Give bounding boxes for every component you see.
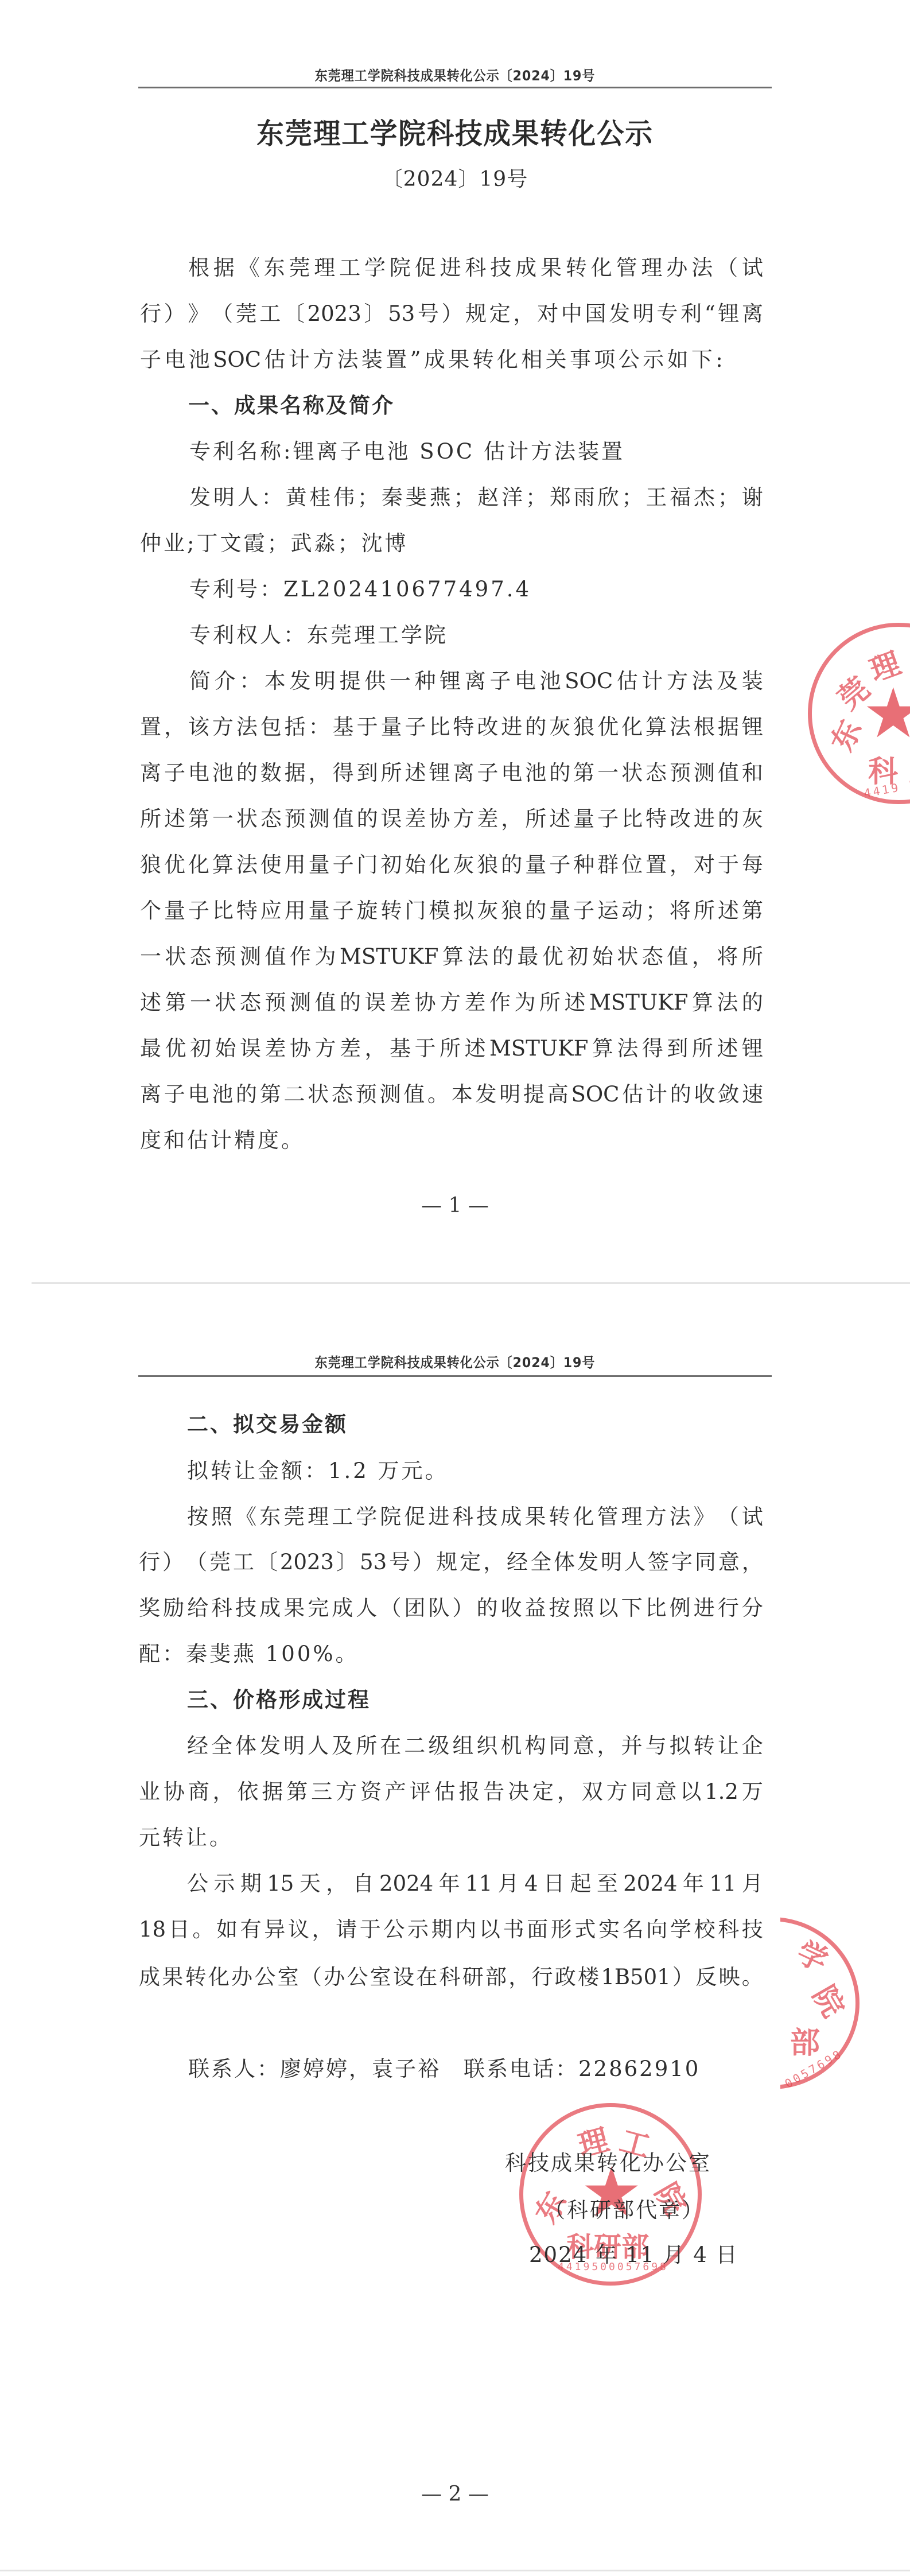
notice-line: 公示期15天，自2024年11月4日起至2024年11月	[187, 1869, 763, 1898]
section-heading-2: 二、拟交易金额	[187, 1410, 348, 1439]
patent-number: 专利号：ZL202410677497.4	[189, 575, 531, 604]
summary-line: 置，该方法包括：基于量子比特改进的灰狼优化算法根据锂	[140, 713, 763, 742]
intro-line: 子电池SOC估计方法装置”成果转化相关事项公示如下:	[140, 346, 723, 374]
header-rule	[138, 1375, 772, 1377]
contact-info: 联系人：廖婷婷，袁子裕 联系电话：22862910	[188, 2055, 700, 2084]
page-number: — 1 —	[0, 1194, 910, 1217]
summary-line: 离子电池的第二状态预测值。本发明提高SOC估计的收敛速	[140, 1080, 763, 1109]
seal-char: 学	[791, 1929, 837, 1980]
pricing-line: 元转让。	[139, 1824, 233, 1852]
red-seal-stamp: 学 院 部 0057698	[780, 1917, 860, 2089]
summary-line: 所述第一状态预测值的误差协方差，所述量子比特改进的灰	[140, 805, 763, 833]
summary-line: 简介：本发明提供一种锂离子电池SOC估计方法及装	[189, 667, 763, 696]
red-seal-stamp: ★ 东 莞 理 科 4419 5	[808, 623, 910, 804]
notice-line: 成果转化办公室（办公室设在科研部，行政楼1B501）反映。	[139, 1963, 763, 1992]
summary-line: 度和估计精度。	[140, 1126, 305, 1155]
inventors-line: 发明人：黄桂伟；秦斐燕；赵洋；郑雨欣；王福杰；谢	[189, 483, 763, 512]
seal-clip: ★ 东 莞 理 科 4419 5	[803, 617, 910, 812]
pricing-line: 经全体发明人及所在二级组织机构同意，并与拟转让企	[187, 1732, 763, 1760]
summary-line: 述第一状态预测值的误差协方差作为所述MSTUKF算法的	[140, 988, 763, 1017]
transfer-amount: 拟转让金额：1.2 万元。	[187, 1457, 449, 1485]
document-number: 〔2024〕19号	[0, 163, 910, 192]
signature-date: 2024 年 11 月 4 日	[529, 2237, 738, 2268]
intro-line: 行）》（莞工〔2023〕53号）规定，对中国发明专利“锂离	[140, 300, 763, 328]
page-title: 东莞理工学院科技成果转化公示	[23, 111, 888, 152]
summary-line: 狼优化算法使用量子门初始化灰狼的量子种群位置，对于每	[140, 851, 763, 879]
page-separator	[32, 1282, 910, 1284]
distribution-line: 按照《东莞理工学院促进科技成果转化管理方法》（试	[187, 1503, 763, 1531]
seal-char: 院	[805, 1976, 857, 2024]
running-header: 东莞理工学院科技成果转化公示〔2024〕19号	[36, 64, 873, 84]
summary-line: 一状态预测值作为MSTUKF算法的最优初始状态值，将所	[140, 942, 763, 971]
distribution-line: 配：秦斐燕 100%。	[139, 1640, 359, 1669]
summary-line: 个量子比特应用量子旋转门模拟灰狼的量子运动；将所述第	[140, 897, 763, 925]
patent-name: 专利名称:锂离子电池 SOC 估计方法装置	[189, 437, 625, 466]
inventors-line: 仲业;丁文霞；武淼；沈博	[140, 529, 408, 558]
distribution-line: 行）（莞工〔2023〕53号）规定，经全体发明人签字同意，	[139, 1548, 763, 1577]
signature-seal-note: （科研部代章）	[544, 2193, 705, 2224]
page-bottom-edge	[0, 2570, 910, 2571]
page-number: — 2 —	[0, 2482, 910, 2506]
signature-office: 科技成果转化办公室	[505, 2146, 711, 2177]
patentee: 专利权人：东莞理工学院	[189, 621, 448, 650]
seal-char: 部	[790, 2019, 820, 2062]
seal-clip: 学 院 部 0057698	[780, 1911, 872, 2095]
running-header: 东莞理工学院科技成果转化公示〔2024〕19号	[36, 1351, 873, 1371]
summary-line: 离子电池的数据，得到所述锂离子电池的第一状态预测值和	[140, 759, 763, 787]
notice-line: 18日。如有异议，请于公示期内以书面形式实名向学校科技	[139, 1915, 763, 1944]
section-heading-1: 一、成果名称及简介	[188, 391, 395, 420]
pricing-line: 业协商，依据第三方资产评估报告决定，双方同意以1.2万	[139, 1778, 763, 1806]
header-rule	[138, 87, 772, 88]
intro-line: 根据《东莞理工学院促进科技成果转化管理办法（试	[188, 254, 763, 282]
section-heading-3: 三、价格形成过程	[187, 1686, 371, 1714]
distribution-line: 奖励给科技成果完成人（团队）的收益按照以下比例进行分	[139, 1594, 763, 1623]
summary-line: 最优初始误差协方差，基于所述MSTUKF算法得到所述锂	[140, 1034, 763, 1063]
